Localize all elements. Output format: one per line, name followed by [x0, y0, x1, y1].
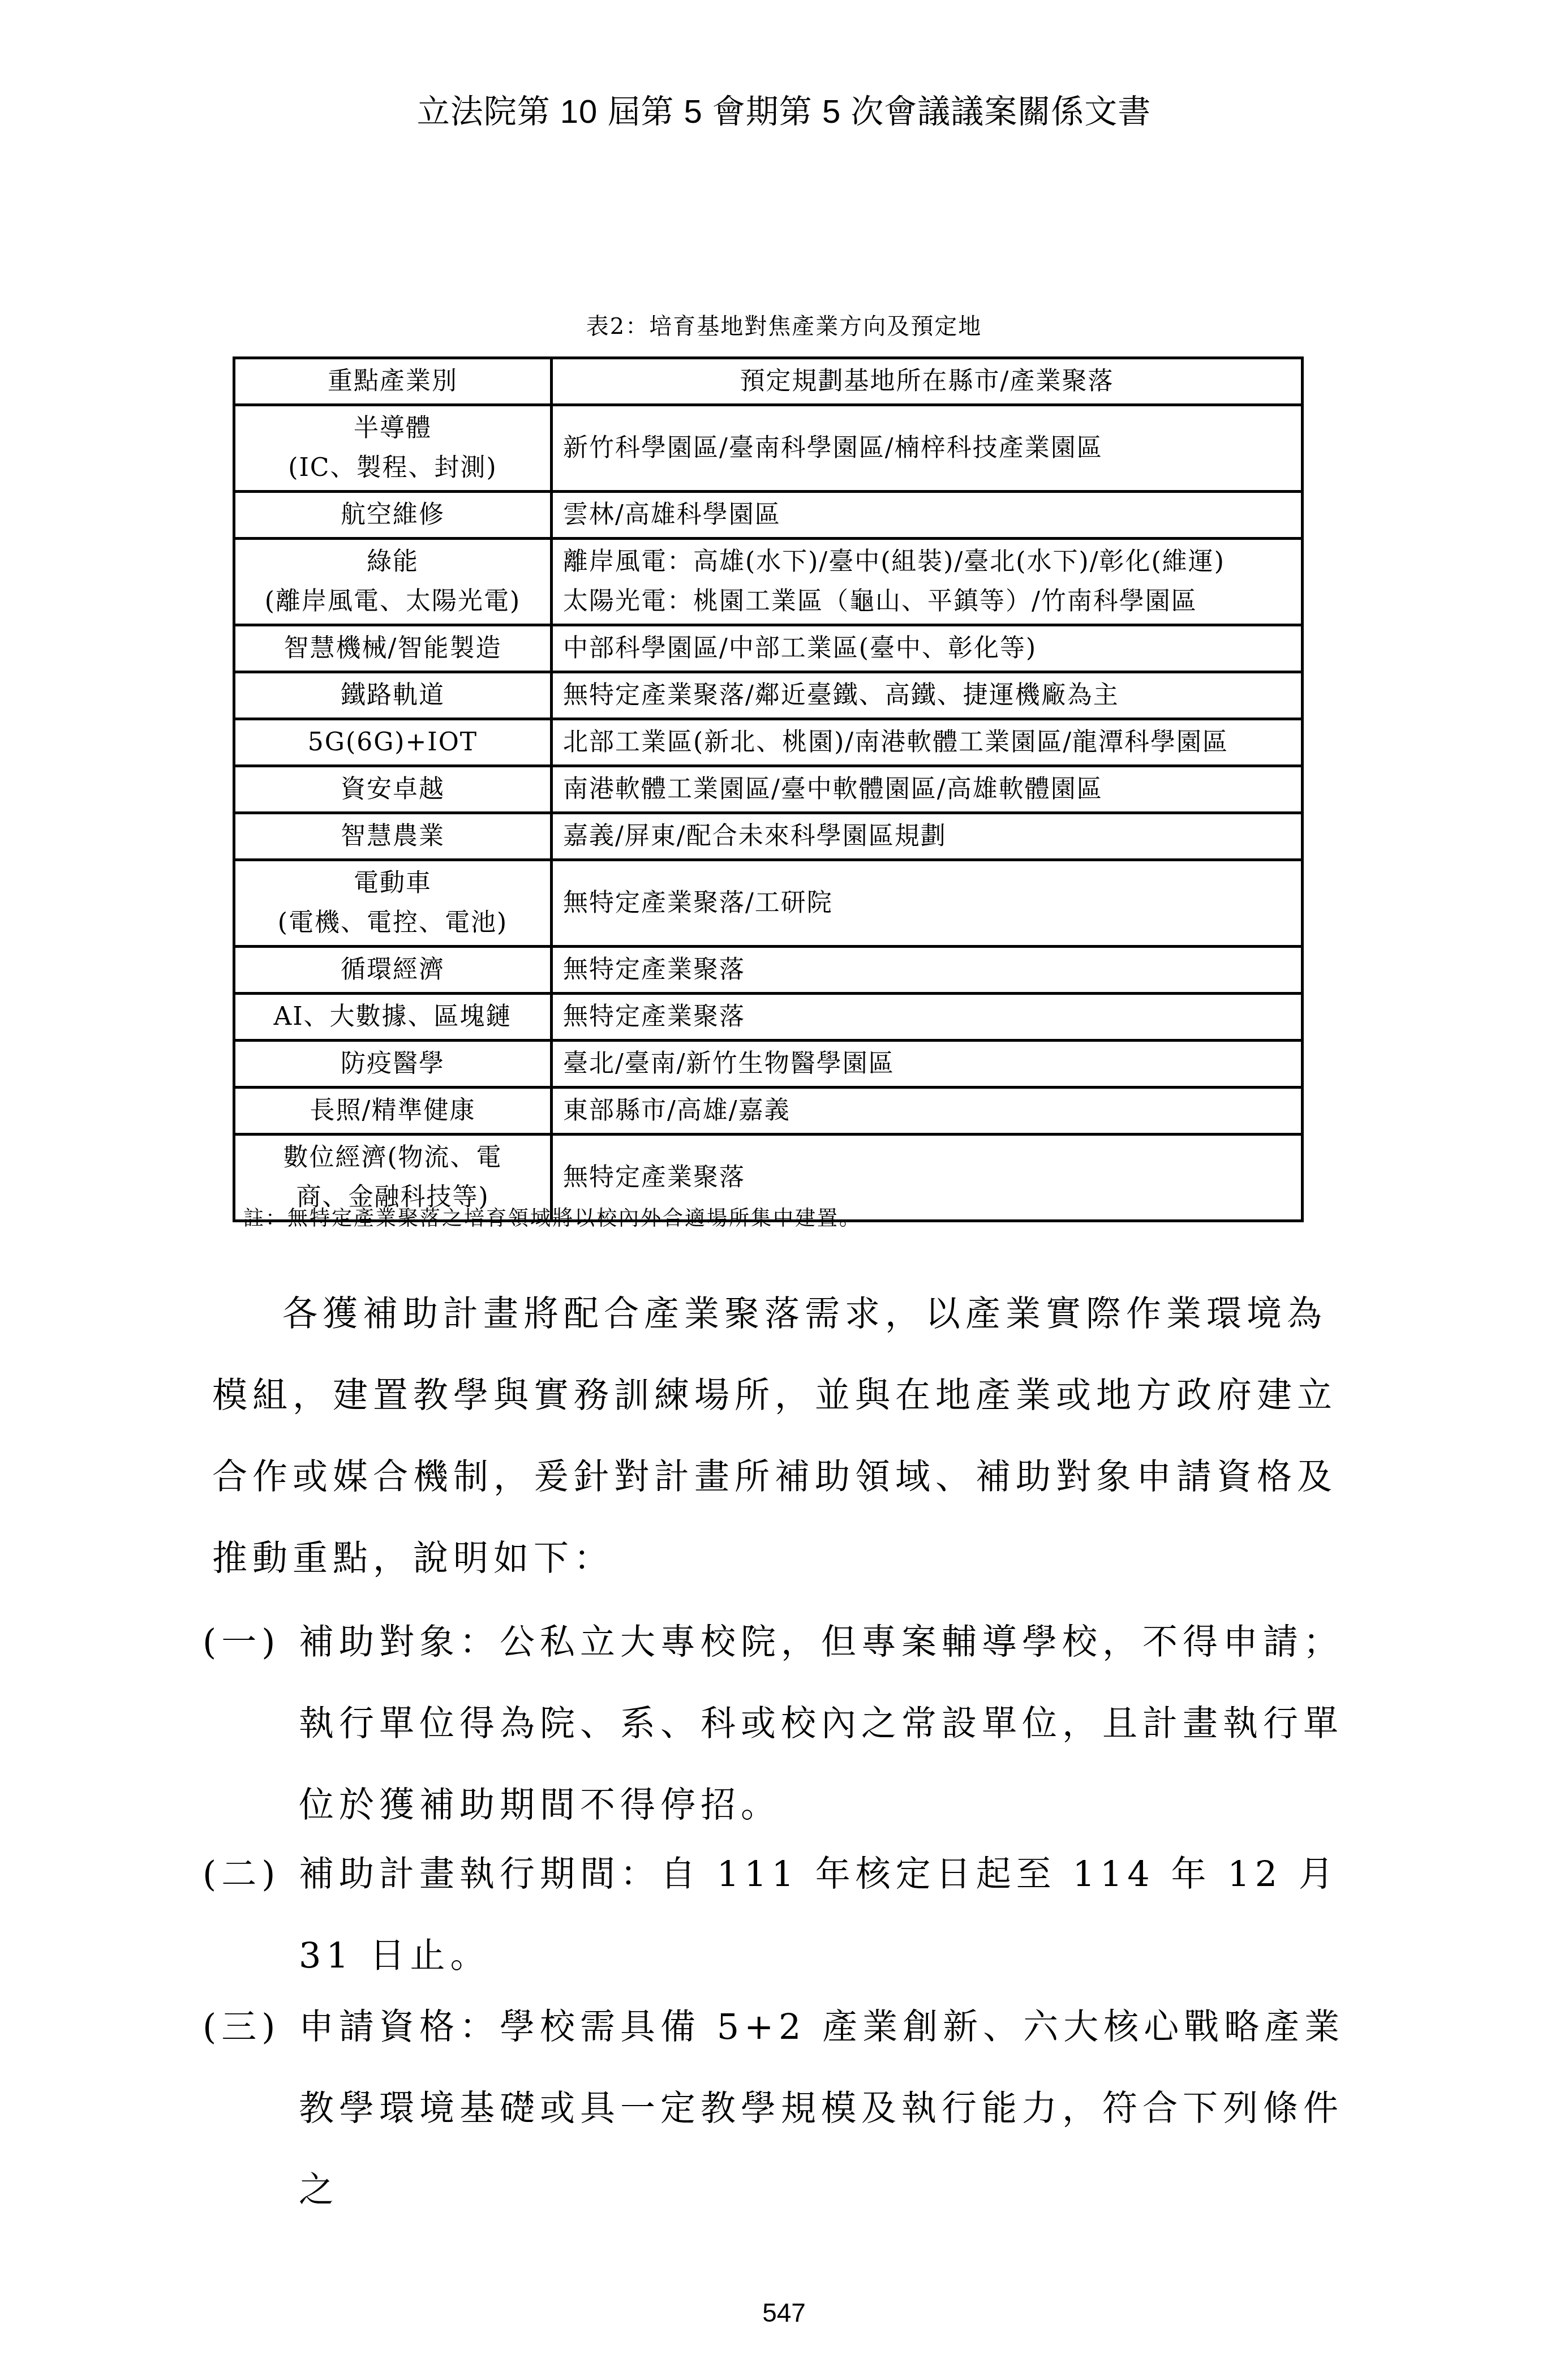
list-item-text: 補助對象：公私立大專校院，但專案輔導學校，不得申請；執行單位得為院、系、科或校內… [299, 1601, 1346, 1846]
planned-location-line: 離岸風電：高雄(水下)/臺中(組裝)/臺北(水下)/彰化(維運) [563, 542, 1291, 582]
list-item-text: 補助計畫執行期間：自 111 年核定日起至 114 年 12 月 31 日止。 [299, 1833, 1346, 1996]
planned-location-cell: 東部縣市/高雄/嘉義 [552, 1088, 1303, 1135]
planned-location-line: 中部科學園區/中部工業區(臺中、彰化等) [563, 629, 1291, 668]
industry-category-cell: 半導體(IC、製程、封測) [234, 405, 552, 492]
planned-location-line: 嘉義/屏東/配合未來科學園區規劃 [563, 817, 1291, 856]
industry-category-cell: 航空維修 [234, 492, 552, 539]
table-row: 航空維修雲林/高雄科學園區 [234, 492, 1303, 539]
list-item-number: (二) [203, 1833, 280, 1915]
industry-category-cell: 防疫醫學 [234, 1041, 552, 1088]
industry-category-line: 數位經濟(物流、電 [246, 1138, 540, 1178]
planned-location-line: 臺北/臺南/新竹生物醫學園區 [563, 1044, 1291, 1084]
industry-category-cell: 鐵路軌道 [234, 672, 552, 719]
industry-category-cell: 循環經濟 [234, 947, 552, 994]
planned-location-cell: 雲林/高雄科學園區 [552, 492, 1303, 539]
industry-category-line: 防疫醫學 [246, 1044, 540, 1084]
industry-category-line: 半導體 [246, 409, 540, 448]
planned-location-line: 新竹科學園區/臺南科學園區/楠梓科技產業園區 [563, 428, 1291, 468]
planned-location-line: 無特定產業聚落/工研院 [563, 883, 1291, 923]
planned-location-cell: 北部工業區(新北、桃園)/南港軟體工業園區/龍潭科學園區 [552, 719, 1303, 766]
table-row: 5G(6G)+IOT北部工業區(新北、桃園)/南港軟體工業園區/龍潭科學園區 [234, 719, 1303, 766]
table-title: 表2：培育基地對焦產業方向及預定地 [0, 308, 1568, 341]
planned-location-cell: 無特定產業聚落/工研院 [552, 860, 1303, 947]
table-row: 循環經濟無特定產業聚落 [234, 947, 1303, 994]
industry-category-line: 鐵路軌道 [246, 676, 540, 715]
industry-location-table: 重點產業別 預定規劃基地所在縣市/產業聚落 半導體(IC、製程、封測)新竹科學園… [233, 356, 1304, 1222]
planned-location-line: 南港軟體工業園區/臺中軟體園區/高雄軟體園區 [563, 770, 1291, 809]
table-row: 智慧機械/智能製造中部科學園區/中部工業區(臺中、彰化等) [234, 625, 1303, 672]
industry-category-line: 智慧機械/智能製造 [246, 629, 540, 668]
table-row: 資安卓越南港軟體工業園區/臺中軟體園區/高雄軟體園區 [234, 766, 1303, 813]
planned-location-cell: 臺北/臺南/新竹生物醫學園區 [552, 1041, 1303, 1088]
industry-category-line: 資安卓越 [246, 770, 540, 809]
column-header-location: 預定規劃基地所在縣市/產業聚落 [552, 358, 1303, 405]
industry-category-cell: 綠能(離岸風電、太陽光電) [234, 539, 552, 625]
planned-location-cell: 新竹科學園區/臺南科學園區/楠梓科技產業園區 [552, 405, 1303, 492]
planned-location-line: 雲林/高雄科學園區 [563, 495, 1291, 535]
table-row: 鐵路軌道無特定產業聚落/鄰近臺鐵、高鐵、捷運機廠為主 [234, 672, 1303, 719]
planned-location-cell: 無特定產業聚落 [552, 947, 1303, 994]
industry-category-cell: 長照/精準健康 [234, 1088, 552, 1135]
industry-category-line: 智慧農業 [246, 817, 540, 856]
industry-category-line: (IC、製程、封測) [246, 448, 540, 488]
planned-location-cell: 中部科學園區/中部工業區(臺中、彰化等) [552, 625, 1303, 672]
planned-location-cell: 南港軟體工業園區/臺中軟體園區/高雄軟體園區 [552, 766, 1303, 813]
planned-location-cell: 無特定產業聚落 [552, 994, 1303, 1041]
list-item-number: (一) [203, 1601, 280, 1683]
industry-category-cell: 智慧機械/智能製造 [234, 625, 552, 672]
industry-category-line: 電動車 [246, 864, 540, 903]
document-header: 立法院第 10 屆第 5 會期第 5 次會議議案關係文書 [0, 85, 1568, 132]
planned-location-line: 東部縣市/高雄/嘉義 [563, 1091, 1291, 1131]
planned-location-line: 無特定產業聚落 [563, 997, 1291, 1037]
planned-location-cell: 無特定產業聚落/鄰近臺鐵、高鐵、捷運機廠為主 [552, 672, 1303, 719]
planned-location-cell: 離岸風電：高雄(水下)/臺中(組裝)/臺北(水下)/彰化(維運)太陽光電：桃園工… [552, 539, 1303, 625]
column-header-category: 重點產業別 [234, 358, 552, 405]
list-item-text: 申請資格：學校需具備 5+2 產業創新、六大核心戰略產業教學環境基礎或具一定教學… [299, 1986, 1346, 2231]
table-row: 長照/精準健康東部縣市/高雄/嘉義 [234, 1088, 1303, 1135]
table-row: AI、大數據、區塊鏈無特定產業聚落 [234, 994, 1303, 1041]
table-body: 半導體(IC、製程、封測)新竹科學園區/臺南科學園區/楠梓科技產業園區航空維修雲… [234, 405, 1303, 1221]
industry-category-cell: 智慧農業 [234, 813, 552, 860]
industry-category-line: AI、大數據、區塊鏈 [246, 997, 540, 1037]
list-item-2: (二) 補助計畫執行期間：自 111 年核定日起至 114 年 12 月 31 … [203, 1833, 1346, 1996]
industry-category-line: 綠能 [246, 542, 540, 582]
planned-location-line: 太陽光電：桃園工業區（龜山、平鎮等）/竹南科學園區 [563, 582, 1291, 621]
table-row: 綠能(離岸風電、太陽光電)離岸風電：高雄(水下)/臺中(組裝)/臺北(水下)/彰… [234, 539, 1303, 625]
industry-category-line: 航空維修 [246, 495, 540, 535]
planned-location-line: 無特定產業聚落/鄰近臺鐵、高鐵、捷運機廠為主 [563, 676, 1291, 715]
page-number: 547 [0, 2297, 1568, 2328]
planned-location-line: 北部工業區(新北、桃園)/南港軟體工業園區/龍潭科學園區 [563, 723, 1291, 762]
list-item-number: (三) [203, 1986, 280, 2068]
industry-category-line: 循環經濟 [246, 950, 540, 990]
table-row: 半導體(IC、製程、封測)新竹科學園區/臺南科學園區/楠梓科技產業園區 [234, 405, 1303, 492]
table-header-row: 重點產業別 預定規劃基地所在縣市/產業聚落 [234, 358, 1303, 405]
planned-location-line: 無特定產業聚落 [563, 1158, 1291, 1197]
industry-category-cell: AI、大數據、區塊鏈 [234, 994, 552, 1041]
industry-category-cell: 5G(6G)+IOT [234, 719, 552, 766]
industry-category-cell: 資安卓越 [234, 766, 552, 813]
industry-category-cell: 電動車(電機、電控、電池) [234, 860, 552, 947]
planned-location-cell: 嘉義/屏東/配合未來科學園區規劃 [552, 813, 1303, 860]
industry-category-line: 長照/精準健康 [246, 1091, 540, 1131]
list-item-1: (一) 補助對象：公私立大專校院，但專案輔導學校，不得申請；執行單位得為院、系、… [203, 1601, 1346, 1846]
table-note: 註：無特定產業聚落之培育領域將以校內外合適場所集中建置。 [243, 1202, 861, 1231]
body-paragraph: 各獲補助計畫將配合產業聚落需求，以產業實際作業環境為模組，建置教學與實務訓練場所… [212, 1273, 1344, 1599]
planned-location-line: 無特定產業聚落 [563, 950, 1291, 990]
list-item-3: (三) 申請資格：學校需具備 5+2 產業創新、六大核心戰略產業教學環境基礎或具… [203, 1986, 1346, 2231]
industry-category-line: 5G(6G)+IOT [246, 723, 540, 762]
industry-category-line: (電機、電控、電池) [246, 903, 540, 943]
industry-category-line: (離岸風電、太陽光電) [246, 582, 540, 621]
table-row: 防疫醫學臺北/臺南/新竹生物醫學園區 [234, 1041, 1303, 1088]
table-row: 智慧農業嘉義/屏東/配合未來科學園區規劃 [234, 813, 1303, 860]
table-row: 電動車(電機、電控、電池)無特定產業聚落/工研院 [234, 860, 1303, 947]
